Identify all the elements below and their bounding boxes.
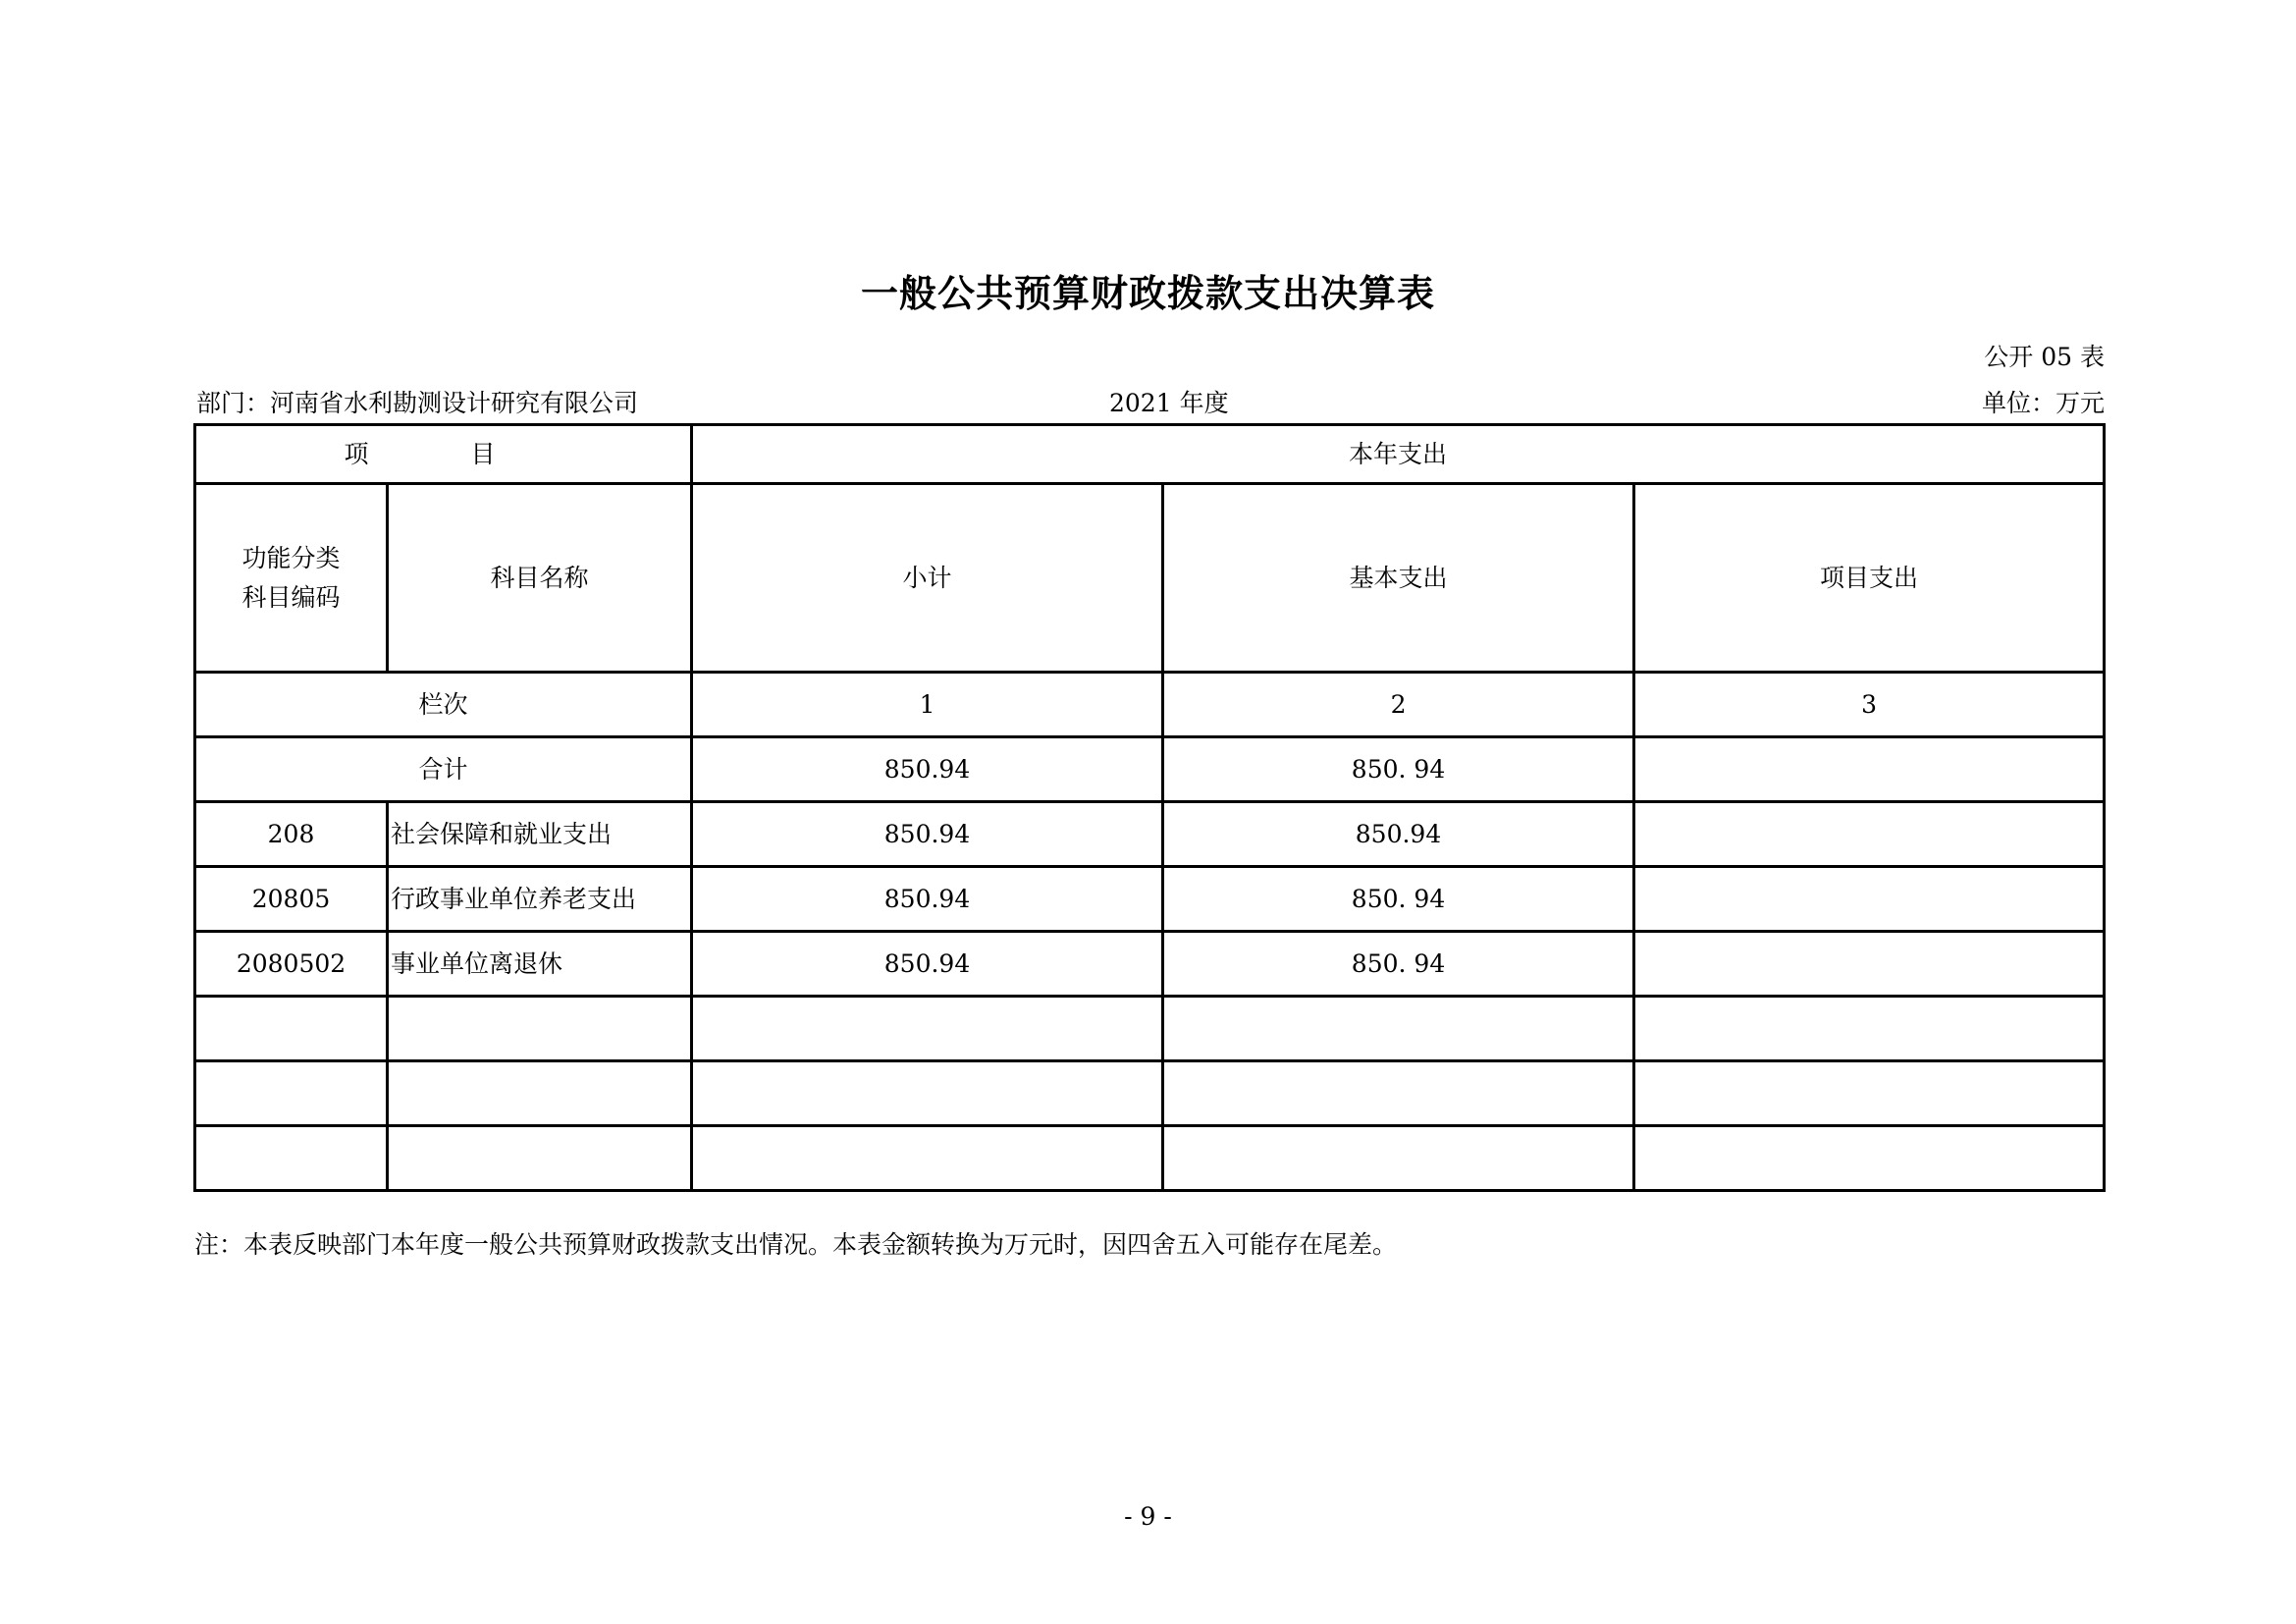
table-row: 208 社会保障和就业支出 850.94 850.94 [195,802,2105,867]
fiscal-year: 2021 年度 [1109,389,1229,418]
row-name [388,997,692,1061]
column-index-row: 栏次 1 2 3 [195,673,2105,737]
table-row-empty [195,1126,2105,1191]
total-basic: 850. 94 [1163,737,1634,802]
row-subtotal [692,997,1163,1061]
row-name: 事业单位离退休 [388,932,692,997]
row-basic: 850. 94 [1163,867,1634,932]
row-basic [1163,997,1634,1061]
row-name: 社会保障和就业支出 [388,802,692,867]
row-code [195,1061,388,1126]
row-subtotal: 850.94 [692,932,1163,997]
table-row-empty [195,997,2105,1061]
total-subtotal: 850.94 [692,737,1163,802]
row-project [1634,802,2105,867]
row-name [388,1126,692,1191]
page-number: - 9 - [0,1502,2296,1531]
row-name: 行政事业单位养老支出 [388,867,692,932]
row-project [1634,932,2105,997]
table-row: 2080502 事业单位离退休 850.94 850. 94 [195,932,2105,997]
row-project [1634,997,2105,1061]
row-code [195,1126,388,1191]
row-project [1634,867,2105,932]
header-subtotal: 小计 [692,484,1163,673]
row-subtotal [692,1126,1163,1191]
row-subtotal: 850.94 [692,867,1163,932]
total-label: 合计 [195,737,692,802]
header-columns-row: 功能分类 科目编码 科目名称 小计 基本支出 项目支出 [195,484,2105,673]
row-subtotal: 850.94 [692,802,1163,867]
total-project [1634,737,2105,802]
header-current-year-expense: 本年支出 [692,425,2105,484]
header-name: 科目名称 [388,484,692,673]
table-row: 20805 行政事业单位养老支出 850.94 850. 94 [195,867,2105,932]
row-basic [1163,1061,1634,1126]
column-index-2: 2 [1163,673,1634,737]
column-index-label: 栏次 [195,673,692,737]
department-label: 部门：河南省水利勘测设计研究有限公司 [196,389,638,418]
row-code: 20805 [195,867,388,932]
expenditure-table: 项 目 本年支出 功能分类 科目编码 科目名称 小计 基本支出 项目支出 栏次 … [193,423,2106,1192]
form-code: 公开 05 表 [1984,343,2105,372]
row-basic: 850. 94 [1163,932,1634,997]
column-index-1: 1 [692,673,1163,737]
document-title: 一般公共预算财政拨款支出决算表 [0,263,2296,317]
row-basic [1163,1126,1634,1191]
row-code: 2080502 [195,932,388,997]
table-row-empty [195,1061,2105,1126]
row-project [1634,1061,2105,1126]
total-row: 合计 850.94 850. 94 [195,737,2105,802]
header-code: 功能分类 科目编码 [195,484,388,673]
header-group-row: 项 目 本年支出 [195,425,2105,484]
row-basic: 850.94 [1163,802,1634,867]
unit-label: 单位：万元 [1982,389,2105,418]
column-index-3: 3 [1634,673,2105,737]
footnote: 注：本表反映部门本年度一般公共预算财政拨款支出情况。本表金额转换为万元时，因四舍… [194,1225,1397,1261]
row-code [195,997,388,1061]
header-item: 项 目 [195,425,692,484]
header-basic: 基本支出 [1163,484,1634,673]
header-project: 项目支出 [1634,484,2105,673]
row-code: 208 [195,802,388,867]
row-name [388,1061,692,1126]
row-subtotal [692,1061,1163,1126]
row-project [1634,1126,2105,1191]
